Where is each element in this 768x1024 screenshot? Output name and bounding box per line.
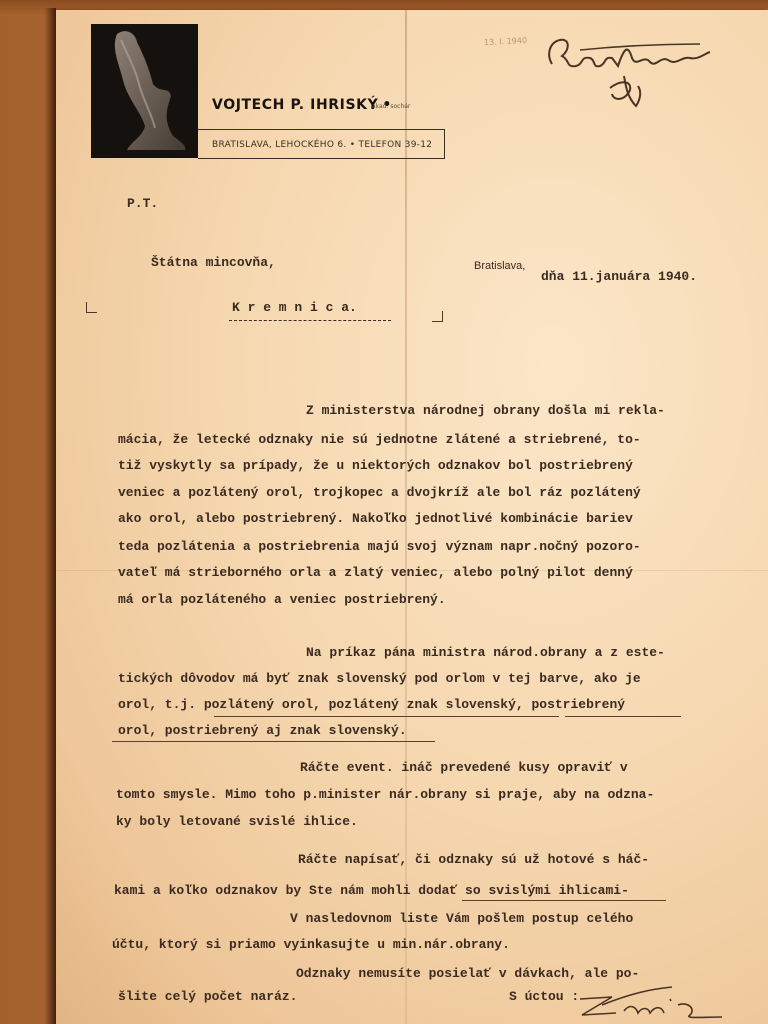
emphasis-underline <box>214 716 559 717</box>
body-line: Na príkaz pána ministra národ.obrany a z… <box>306 645 665 660</box>
body-line: Z ministerstva národnej obrany došla mi … <box>306 403 665 418</box>
recipient-city: K r e m n i c a. <box>232 300 357 315</box>
letterhead-address: BRATISLAVA, LEHOCKÉHO 6. • TELEFON 39-12 <box>212 140 432 150</box>
body-line: tických dôvodov má byť znak slovenský po… <box>118 671 641 686</box>
body-line: mácia, že letecké odznaky nie sú jednotn… <box>118 432 641 447</box>
sender-address: BRATISLAVA, LEHOCKÉHO 6. <box>212 140 347 150</box>
body-line: veniec a pozlátený orol, trojkopec a dvo… <box>118 485 641 500</box>
closing-greeting: S úctou : <box>509 989 579 1004</box>
emphasis-underline <box>112 741 435 742</box>
body-line: vateľ má strieborného orla a zlatý venie… <box>118 565 633 580</box>
body-line: V nasledovnom liste Vám pošlem postup ce… <box>290 911 633 926</box>
handwritten-signature <box>572 985 732 1021</box>
separator-dot: • <box>350 140 359 150</box>
body-line: orol, t.j. pozlátený orol, pozlátený zna… <box>118 697 625 712</box>
salutation: P.T. <box>127 196 158 211</box>
address-corner-mark <box>86 302 97 313</box>
emphasis-underline <box>565 716 681 717</box>
paper-shadow <box>44 8 56 1024</box>
body-line: šlite celý počet naráz. <box>118 989 297 1004</box>
body-line: teda pozlátenia a postriebrenia majú svo… <box>118 539 641 554</box>
body-line: Ráčte event. ináč prevedené kusy opraviť… <box>300 760 628 775</box>
body-line: účtu, ktorý si priamo vyinkasujte u min.… <box>112 937 510 952</box>
sender-name: VOJTECH P. IHRISKÝ <box>212 97 378 113</box>
body-line: ky boly letované svislé ihlice. <box>116 814 358 829</box>
body-line: tomto smysle. Mimo toho p.minister nár.o… <box>116 787 654 802</box>
letterhead-name: VOJTECH P. IHRISKÝ• <box>212 97 396 113</box>
handwritten-annotation <box>540 28 730 118</box>
sculpture-logo-image <box>91 24 198 158</box>
body-line: orol, postriebrený aj znak slovenský. <box>118 723 407 738</box>
emphasis-underline <box>462 900 666 901</box>
sender-title: akad. sochár <box>372 103 410 110</box>
sculpture-icon <box>91 24 198 158</box>
city-underline <box>229 320 391 321</box>
body-line: Odznaky nemusíte posielať v dávkach, ale… <box>296 966 639 981</box>
recipient-organization: Štátna mincovňa, <box>151 255 276 270</box>
date-place: Bratislava, <box>474 260 525 272</box>
body-line: ako orol, alebo postriebrený. Nakoľko je… <box>118 511 633 526</box>
body-line: Ráčte napísať, či odznaky sú už hotové s… <box>298 852 649 867</box>
address-corner-mark <box>432 311 443 322</box>
body-line: tiž vyskytly sa prípady, že u niektorých… <box>118 458 633 473</box>
body-line: kami a koľko odznakov by Ste nám mohli d… <box>114 883 629 898</box>
body-line: má orla pozláteného a veniec postriebren… <box>118 592 446 607</box>
sender-phone: TELEFON 39-12 <box>359 140 433 150</box>
letter-date: dňa 11.januára 1940. <box>541 269 697 284</box>
